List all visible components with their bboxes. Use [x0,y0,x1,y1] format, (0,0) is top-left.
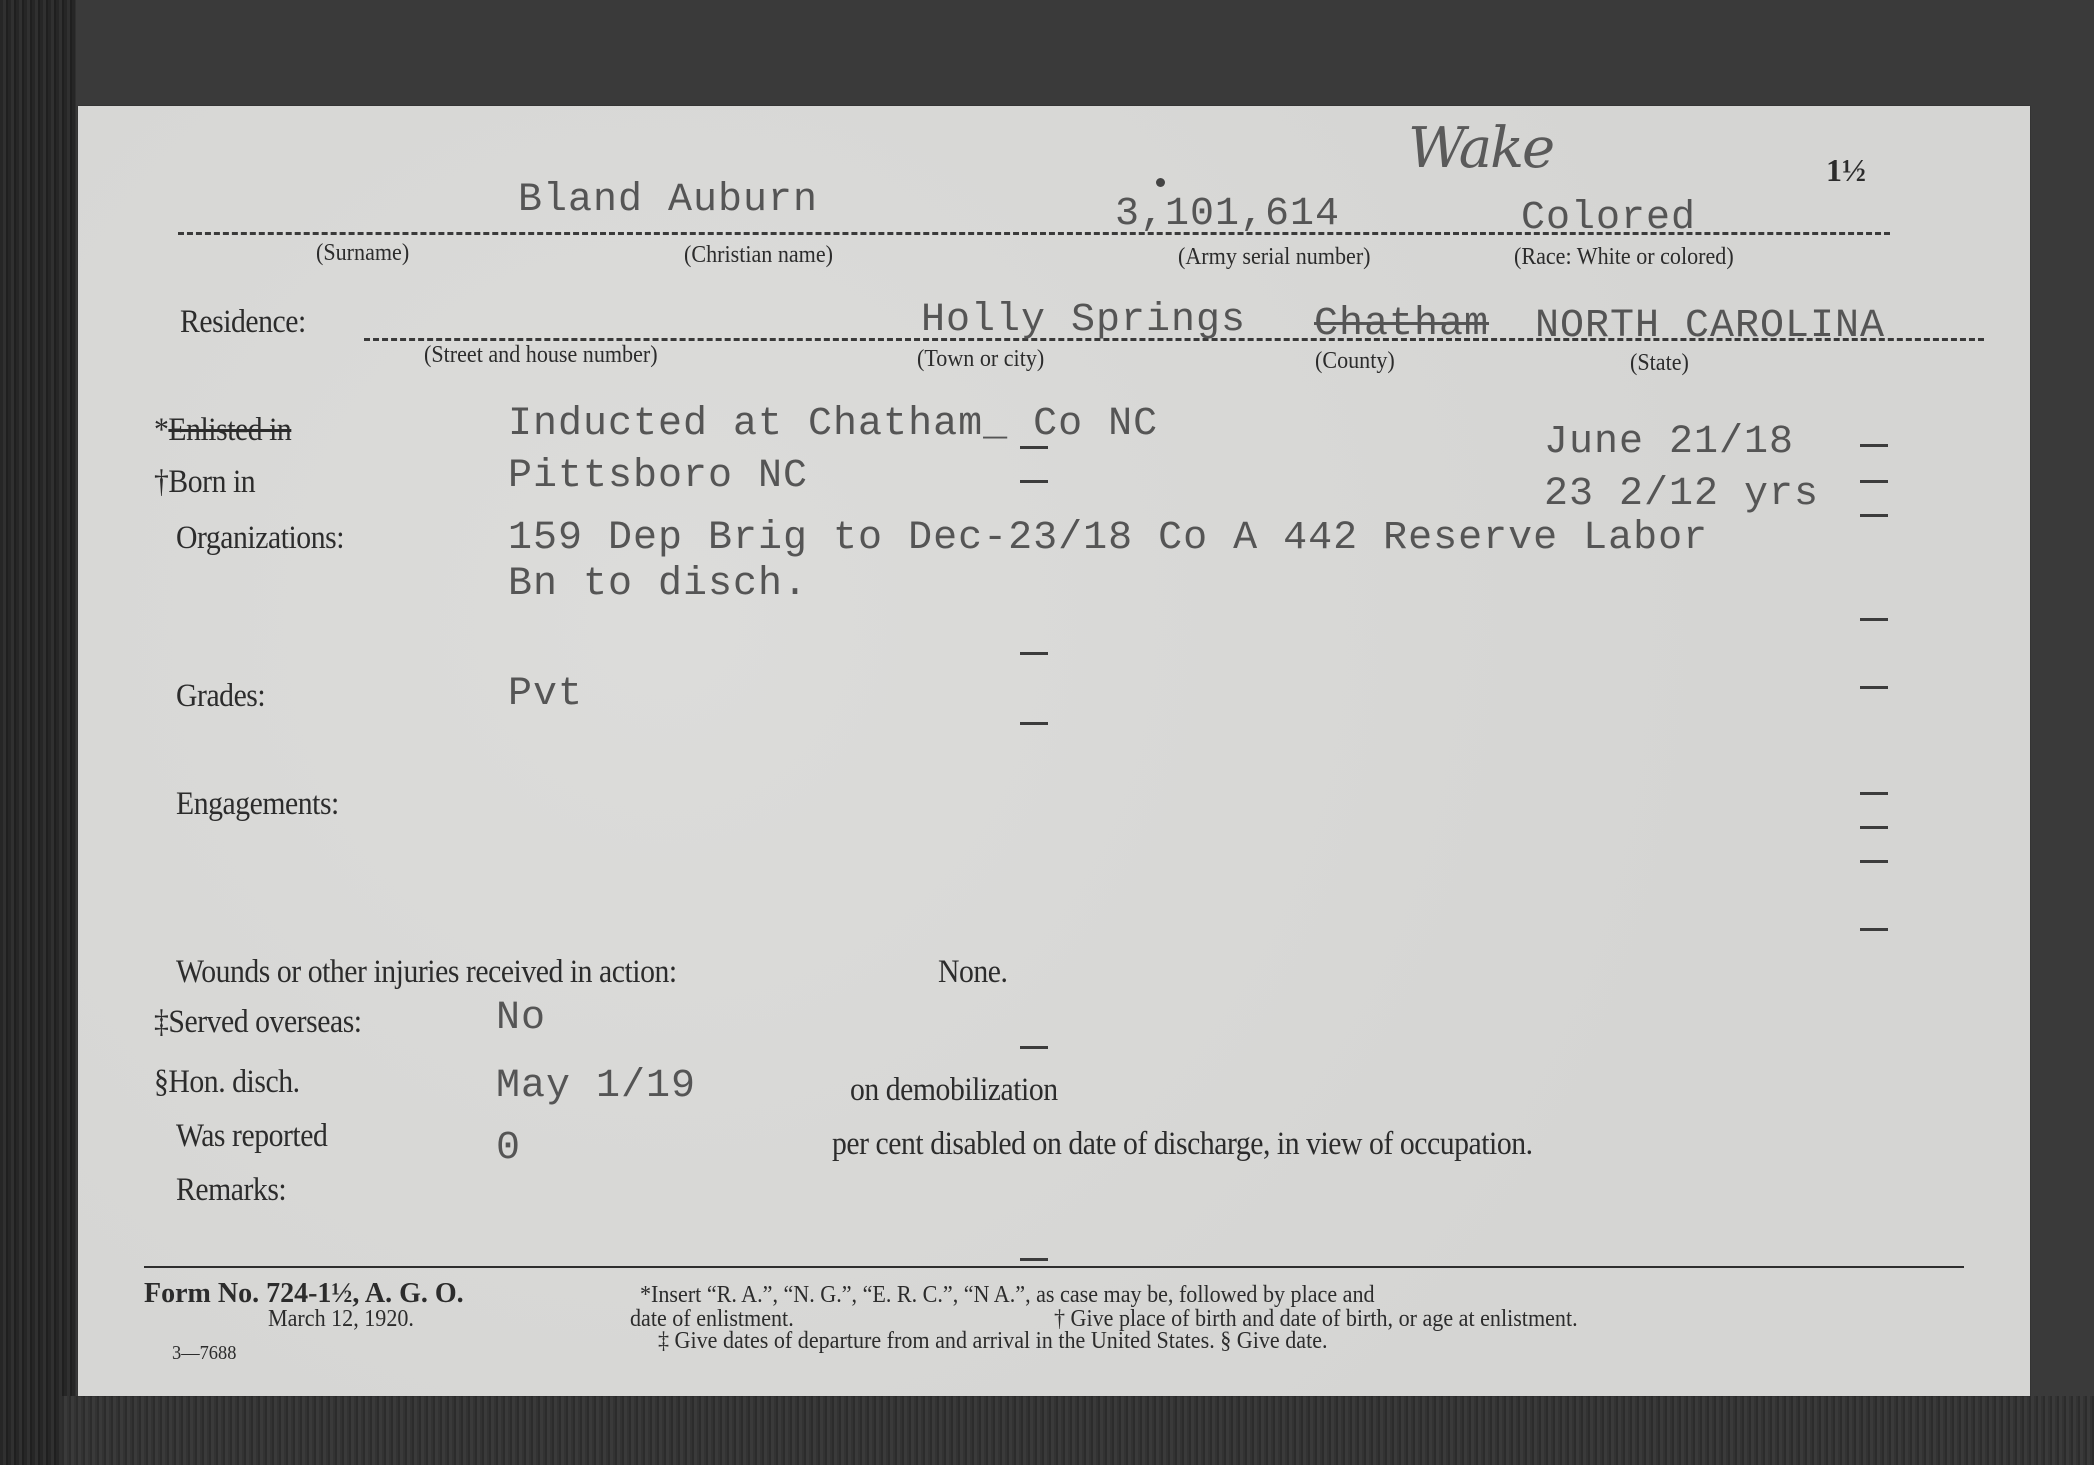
section-marker: § [154,1064,168,1100]
center-dash [1020,1046,1048,1049]
right-dash [1860,686,1888,689]
enlisted-label-text: Enlisted in [168,412,291,448]
name-value: Bland Auburn [518,178,818,223]
right-dash [1860,792,1888,795]
enlisted-date: June 21/18 [1544,420,1794,465]
enlisted-label: *Enlisted in [154,412,291,449]
center-dash [1020,652,1048,655]
grades-label: Grades: [176,678,265,715]
organizations-label: Organizations: [176,520,344,557]
right-dash [1860,928,1888,931]
right-dash [1860,826,1888,829]
christian-name-label: (Christian name) [684,242,833,269]
organizations-line-1: 159 Dep Brig to Dec-23/18 Co A 442 Reser… [508,516,1708,561]
scanner-background-left [0,0,76,1465]
disability-suffix: per cent disabled on date of discharge, … [832,1126,1533,1163]
print-code: 3—7688 [172,1342,236,1365]
residence-town-value: Holly Springs [921,298,1246,343]
double-dagger-marker: ‡ [154,1004,168,1040]
state-label: (State) [1630,350,1689,377]
service-record-card: 1½ Wake Bland Auburn 3,101,614 Colored (… [78,106,2030,1396]
wounds-value: None. [938,954,1008,991]
right-dash [1860,618,1888,621]
serial-number-label: (Army serial number) [1178,244,1371,271]
wounds-label: Wounds or other injuries received in act… [176,954,677,991]
served-overseas-value: No [496,996,546,1041]
right-dash [1860,514,1888,517]
street-label: (Street and house number) [424,342,658,369]
residence-state-value: NORTH CAROLINA [1535,304,1885,349]
serial-number-value: 3,101,614 [1115,192,1340,237]
dagger-marker: † [154,464,168,500]
hon-disch-label: §Hon. disch. [154,1064,300,1101]
born-value: Pittsboro NC [508,454,808,499]
surname-label: (Surname) [316,240,409,267]
center-dash [1020,480,1048,483]
enlisted-value: Inducted at Chatham_ Co NC [508,402,1158,447]
hon-disch-suffix: on demobilization [850,1072,1058,1109]
scanner-background-bottom [62,1396,2094,1465]
center-dash [1020,722,1048,725]
organizations-line-2: Bn to disch. [508,562,808,607]
footnote-double-dagger: ‡ Give dates of departure from and arriv… [658,1328,1328,1355]
right-dash [1860,444,1888,447]
disability-percent-value: 0 [496,1126,521,1171]
remarks-label: Remarks: [176,1172,286,1209]
handwritten-annotation: Wake [1408,116,1553,181]
center-dash [1020,446,1048,449]
county-label: (County) [1315,348,1395,375]
footer-rule [144,1266,1964,1268]
form-date: March 12, 1920. [268,1306,414,1333]
served-overseas-label: ‡Served overseas: [154,1004,362,1041]
town-label: (Town or city) [917,346,1044,373]
right-dash [1860,480,1888,483]
residence-county-value-struck: Chatham [1314,302,1489,347]
race-label: (Race: White or colored) [1514,244,1734,271]
age-value: 23 2/12 yrs [1544,472,1819,517]
asterisk-marker: * [154,412,168,448]
right-dash [1860,860,1888,863]
name-line [178,232,1890,235]
center-dash [1020,1258,1048,1261]
hon-disch-value: May 1/19 [496,1064,696,1109]
born-label: †Born in [154,464,255,501]
corner-mark: 1½ [1826,152,1866,189]
grades-value: Pvt [508,672,583,717]
was-reported-label: Was reported [176,1118,327,1155]
ink-dot [1156,178,1165,187]
footnote-asterisk: *Insert “R. A.”, “N. G.”, “E. R. C.”, “N… [640,1282,1375,1309]
residence-label: Residence: [180,304,306,341]
engagements-label: Engagements: [176,786,339,823]
